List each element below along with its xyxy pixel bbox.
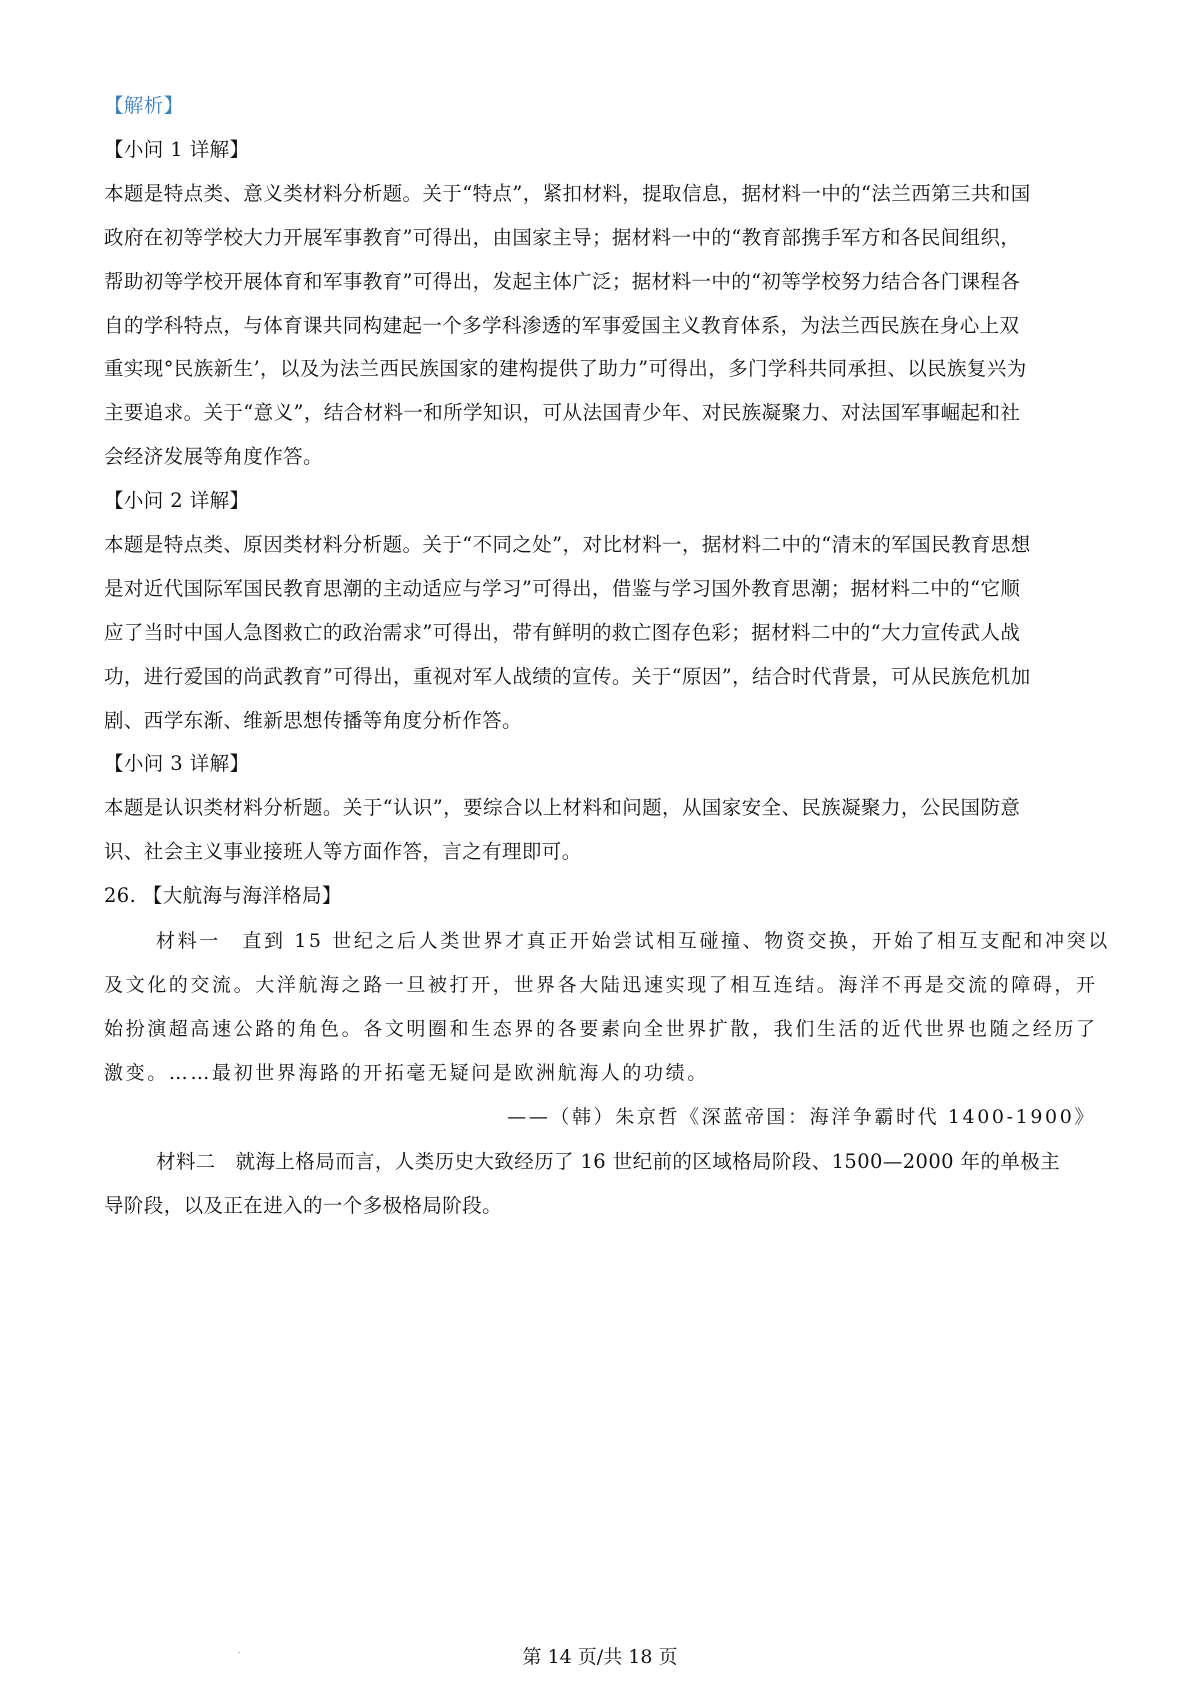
- q1-paragraph-line: 主要追求。关于“意义”，结合材料一和所学知识，可从法国青少年、对民族凝聚力、对法…: [104, 401, 1020, 425]
- q1-heading: 【小问 1 详解】: [104, 138, 249, 162]
- q1-paragraph-line: 会经济发展等角度作答。: [104, 445, 323, 469]
- question-26-heading: 26. 【大航海与海洋格局】: [104, 884, 342, 908]
- analysis-heading: 【解析】: [104, 94, 184, 118]
- q2-paragraph-line: 功，进行爱国的尚武教育”可得出，重视对军人战绩的宣传。关于“原因”，结合时代背景…: [104, 665, 1031, 689]
- material1-source: ——（韩）朱京哲《深蓝帝国：海洋争霸时代 1400-1900》: [507, 1105, 1096, 1129]
- q1-paragraph-line: 本题是特点类、意义类材料分析题。关于“特点”，紧扣材料，提取信息，据材料一中的“…: [104, 182, 1031, 206]
- q3-paragraph-line: 识、社会主义事业接班人等方面作答，言之有理即可。: [104, 840, 582, 864]
- page-number-footer: 第 14 页/共 18 页: [0, 1642, 1200, 1669]
- q1-paragraph-line: 重实现°民族新生’，以及为法兰西民族国家的建构提供了助力”可得出，多门学科共同承…: [104, 357, 1027, 381]
- q1-paragraph-line: 帮助初等学校开展体育和军事教育”可得出，发起主体广泛；据材料一中的“初等学校努力…: [104, 270, 1020, 294]
- material2-line: 材料二 就海上格局而言，人类历史大致经历了 16 世纪前的区域格局阶段、1500…: [156, 1150, 1060, 1174]
- material1-line: 始扮演超高速公路的角色。各文明圈和生态界的各要素向全世界扩散，我们生活的近代世界…: [104, 1017, 1098, 1041]
- material1-line: 及文化的交流。大洋航海之路一旦被打开，世界各大陆迅速实现了相互连结。海洋不再是交…: [104, 973, 1098, 997]
- material1-line: 材料一 直到 15 世纪之后人类世界才真正开始尝试相互碰撞、物资交换，开始了相互…: [156, 929, 1110, 953]
- material1-line: 激变。……最初世界海路的开拓毫无疑问是欧洲航海人的功绩。: [104, 1061, 709, 1085]
- q2-paragraph-line: 应了当时中国人急图救亡的政治需求”可得出，带有鲜明的救亡图存色彩；据材料二中的“…: [104, 621, 1020, 645]
- material2-line: 导阶段，以及正在进入的一个多极格局阶段。: [104, 1194, 502, 1218]
- q1-paragraph-line: 自的学科特点，与体育课共同构建起一个多学科渗透的军事爱国主义教育体系，为法兰西民…: [104, 314, 1019, 338]
- q1-paragraph-line: 政府在初等学校大力开展军事教育”可得出，由国家主导；据材料一中的“教育部携手军方…: [104, 226, 1020, 250]
- q2-paragraph-line: 本题是特点类、原因类材料分析题。关于“不同之处”，对比材料一，据材料二中的“清末…: [104, 533, 1031, 557]
- q2-paragraph-line: 是对近代国际军国民教育思潮的主动适应与学习”可得出，借鉴与学习国外教育思潮；据材…: [104, 577, 1020, 601]
- q3-paragraph-line: 本题是认识类材料分析题。关于“认识”，要综合以上材料和问题，从国家安全、民族凝聚…: [104, 796, 1020, 820]
- q2-heading: 【小问 2 详解】: [104, 489, 249, 513]
- q2-paragraph-line: 剧、西学东渐、维新思想传播等角度分析作答。: [104, 709, 522, 733]
- q3-heading: 【小问 3 详解】: [104, 752, 249, 776]
